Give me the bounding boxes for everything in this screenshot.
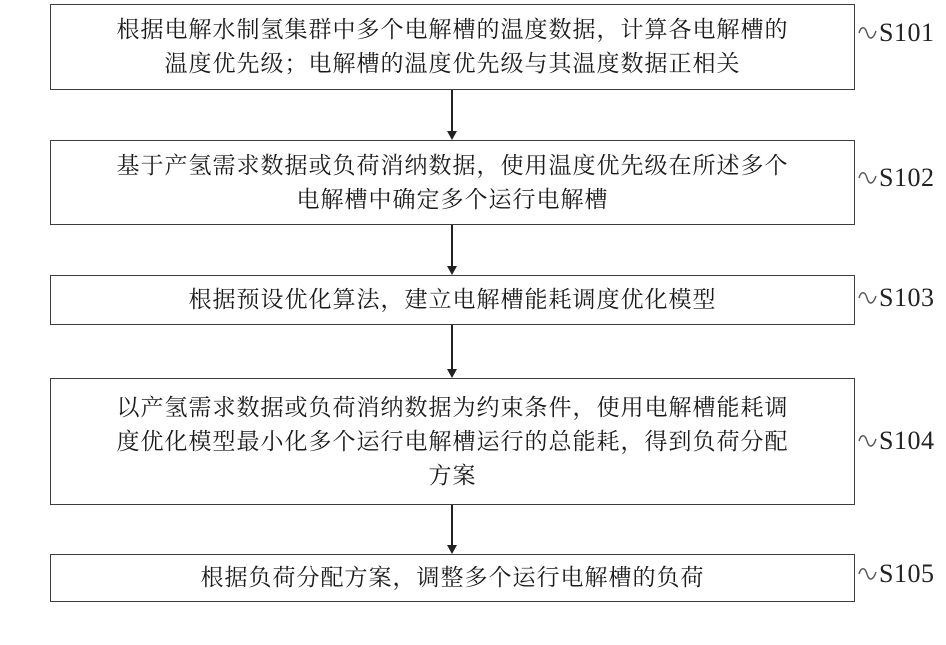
leader-squiggle-icon xyxy=(858,23,878,43)
arrow-head-icon xyxy=(447,131,457,140)
step-label-s102: S102 xyxy=(858,161,934,195)
step-label-s105: S105 xyxy=(858,557,934,591)
step-text-line: 根据预设优化算法，建立电解槽能耗调度优化模型 xyxy=(189,283,717,317)
step-label-text: S105 xyxy=(879,559,934,589)
flowchart-figure: 根据电解水制氢集群中多个电解槽的温度数据，计算各电解槽的 温度优先级；电解槽的温… xyxy=(0,0,946,645)
step-text-line: 基于产氢需求数据或负荷消纳数据，使用温度优先级在所述多个 xyxy=(117,149,789,183)
step-text-line: 以产氢需求数据或负荷消纳数据为约束条件，使用电解槽能耗调 xyxy=(117,391,789,425)
step-label-text: S103 xyxy=(879,283,934,313)
step-label-text: S101 xyxy=(879,18,934,48)
arrow-shaft xyxy=(451,90,453,131)
step-text-line: 温度优先级；电解槽的温度优先级与其温度数据正相关 xyxy=(165,47,741,81)
step-label-text: S102 xyxy=(879,163,934,193)
leader-squiggle-icon xyxy=(858,168,878,188)
arrow-head-icon xyxy=(447,545,457,554)
flow-step-box-s104: 以产氢需求数据或负荷消纳数据为约束条件，使用电解槽能耗调 度优化模型最小化多个运… xyxy=(50,378,855,505)
leader-squiggle-icon xyxy=(858,564,878,584)
step-label-s103: S103 xyxy=(858,281,934,315)
flow-step-box-s105: 根据负荷分配方案，调整多个运行电解槽的负荷 xyxy=(50,554,855,602)
step-label-s104: S104 xyxy=(858,424,934,458)
step-text-line: 方案 xyxy=(429,459,477,493)
arrow-head-icon xyxy=(447,266,457,275)
leader-squiggle-icon xyxy=(858,288,878,308)
step-text-line: 根据负荷分配方案，调整多个运行电解槽的负荷 xyxy=(201,561,705,595)
arrow-head-icon xyxy=(447,369,457,378)
step-text-line: 电解槽中确定多个运行电解槽 xyxy=(297,183,609,217)
flow-step-box-s103: 根据预设优化算法，建立电解槽能耗调度优化模型 xyxy=(50,275,855,325)
leader-squiggle-icon xyxy=(858,431,878,451)
flow-step-box-s102: 基于产氢需求数据或负荷消纳数据，使用温度优先级在所述多个 电解槽中确定多个运行电… xyxy=(50,140,855,225)
arrow-shaft xyxy=(451,325,453,369)
step-label-s101: S101 xyxy=(858,16,934,50)
step-text-line: 根据电解水制氢集群中多个电解槽的温度数据，计算各电解槽的 xyxy=(117,13,789,47)
step-label-text: S104 xyxy=(879,426,934,456)
step-text-line: 度优化模型最小化多个运行电解槽运行的总能耗，得到负荷分配 xyxy=(117,425,789,459)
arrow-shaft xyxy=(451,225,453,266)
flow-step-box-s101: 根据电解水制氢集群中多个电解槽的温度数据，计算各电解槽的 温度优先级；电解槽的温… xyxy=(50,4,855,90)
arrow-shaft xyxy=(451,505,453,545)
